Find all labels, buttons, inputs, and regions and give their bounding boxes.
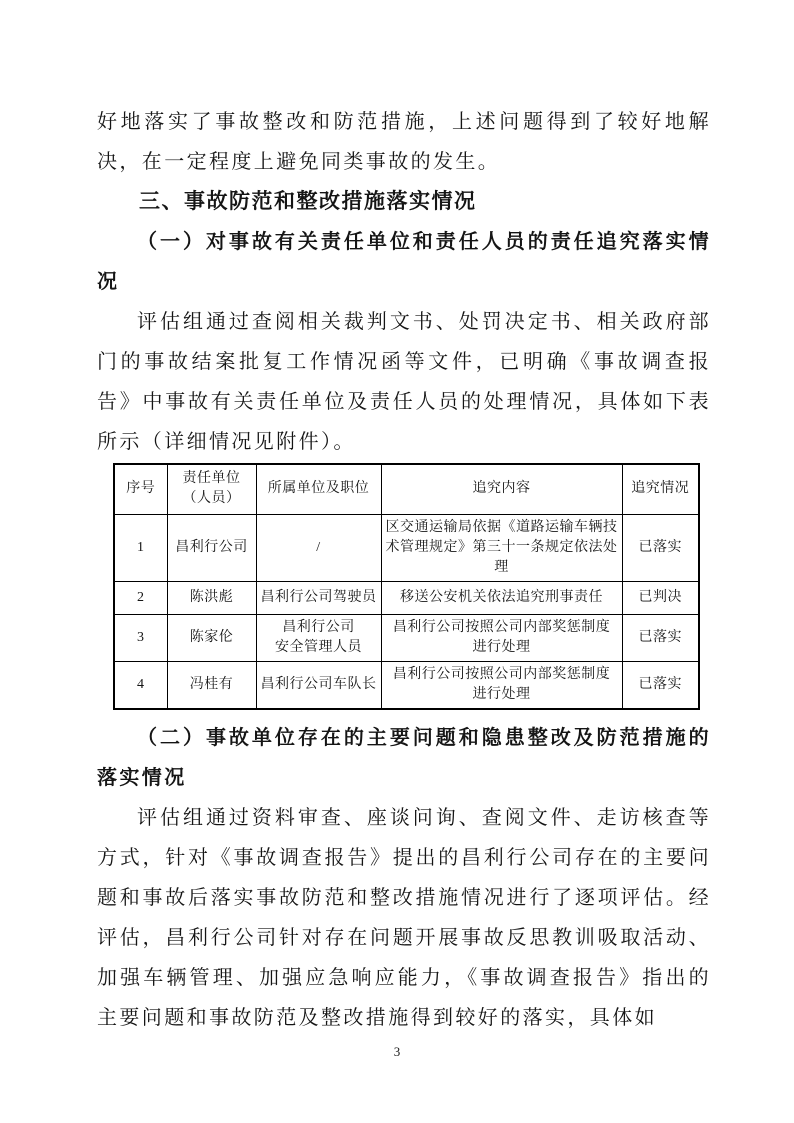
subsection-2-heading: （二）事故单位存在的主要问题和隐患整改及防范措施的落实情况	[97, 718, 711, 798]
header-cell-unit-position: 所属单位及职位	[256, 464, 381, 514]
header-cell-index: 序号	[114, 464, 167, 514]
table-row: 1 昌利行公司 / 区交通运输局依据《道路运输车辆技术管理规定》第三十一条规定依…	[114, 514, 699, 581]
page-number: 3	[0, 1044, 794, 1060]
subsection-1-paragraph: 评估组通过查阅相关裁判文书、处罚决定书、相关政府部门的事故结案批复工作情况函等文…	[97, 302, 711, 462]
document-content: 好地落实了事故整改和防范措施，上述问题得到了较好地解决，在一定程度上避免同类事故…	[97, 102, 711, 1038]
cell-index: 4	[114, 661, 167, 709]
cell-index: 3	[114, 614, 167, 661]
responsibility-table: 序号 责任单位 （人员） 所属单位及职位 追究内容 追究情况 1 昌利行公司 /…	[113, 463, 700, 710]
table-row: 3 陈家伦 昌利行公司 安全管理人员 昌利行公司按照公司内部奖惩制度 进行处理 …	[114, 614, 699, 661]
table-row: 4 冯桂有 昌利行公司车队长 昌利行公司按照公司内部奖惩制度 进行处理 已落实	[114, 661, 699, 709]
header-cell-accountability-content: 追究内容	[381, 464, 622, 514]
document-page: 好地落实了事故整改和防范措施，上述问题得到了较好地解决，在一定程度上避免同类事故…	[0, 0, 794, 1123]
cell-accountability-status: 已落实	[622, 514, 699, 581]
cell-accountability-status: 已落实	[622, 661, 699, 709]
cell-responsible-unit: 陈家伦	[167, 614, 256, 661]
cell-unit-position: 昌利行公司 安全管理人员	[256, 614, 381, 661]
subsection-1-heading: （一）对事故有关责任单位和责任人员的责任追究落实情况	[97, 222, 711, 302]
cell-index: 2	[114, 581, 167, 614]
paragraph-continuation: 好地落实了事故整改和防范措施，上述问题得到了较好地解决，在一定程度上避免同类事故…	[97, 102, 711, 182]
cell-accountability-content: 昌利行公司按照公司内部奖惩制度 进行处理	[381, 614, 622, 661]
cell-unit-position: 昌利行公司驾驶员	[256, 581, 381, 614]
cell-accountability-content: 移送公安机关依法追究刑事责任	[381, 581, 622, 614]
subsection-2-paragraph: 评估组通过资料审查、座谈问询、查阅文件、走访核查等方式，针对《事故调查报告》提出…	[97, 798, 711, 1038]
cell-accountability-status: 已落实	[622, 614, 699, 661]
cell-accountability-content: 昌利行公司按照公司内部奖惩制度 进行处理	[381, 661, 622, 709]
cell-unit-position: 昌利行公司车队长	[256, 661, 381, 709]
cell-responsible-unit: 昌利行公司	[167, 514, 256, 581]
cell-unit-position: /	[256, 514, 381, 581]
section-3-heading: 三、事故防范和整改措施落实情况	[97, 182, 711, 222]
cell-accountability-content: 区交通运输局依据《道路运输车辆技术管理规定》第三十一条规定依法处理	[381, 514, 622, 581]
table-header-row: 序号 责任单位 （人员） 所属单位及职位 追究内容 追究情况	[114, 464, 699, 514]
cell-responsible-unit: 冯桂有	[167, 661, 256, 709]
cell-accountability-status: 已判决	[622, 581, 699, 614]
header-cell-accountability-status: 追究情况	[622, 464, 699, 514]
cell-index: 1	[114, 514, 167, 581]
cell-responsible-unit: 陈洪彪	[167, 581, 256, 614]
table-row: 2 陈洪彪 昌利行公司驾驶员 移送公安机关依法追究刑事责任 已判决	[114, 581, 699, 614]
header-cell-responsible-unit: 责任单位 （人员）	[167, 464, 256, 514]
